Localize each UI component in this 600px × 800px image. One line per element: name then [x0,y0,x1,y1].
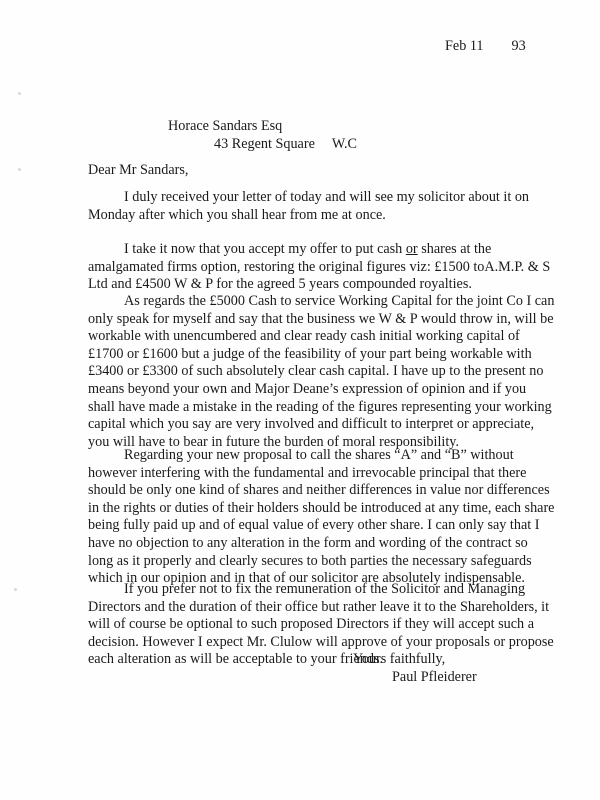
closing: Yours faithfully, [353,651,445,669]
paragraph-2-text: I take it now that you accept my offer t… [124,241,406,257]
date-year: 93 [512,38,526,54]
scan-speck [18,168,21,171]
addressee-name: Horace Sandars Esq [168,118,357,136]
paragraph-5: If you prefer not to fix the remuneratio… [88,581,556,669]
paragraph-2: I take it now that you accept my offer t… [88,241,556,294]
scan-speck [14,588,17,591]
scan-speck [18,92,21,95]
addressee-street: 43 Regent Square [214,136,315,152]
letter-page: Feb 1193 Horace Sandars Esq 43 Regent Sq… [0,0,600,800]
signature: Paul Pfleiderer [392,669,477,687]
letter-date: Feb 1193 [445,38,526,56]
date-day: Feb 11 [445,38,484,54]
addressee-block: Horace Sandars Esq 43 Regent SquareW.C [168,118,357,153]
salutation: Dear Mr Sandars, [88,162,188,180]
paragraph-1: I duly received your letter of today and… [88,189,556,224]
paragraph-3: As regards the £5000 Cash to service Wor… [88,293,556,451]
underlined-or: or [406,241,418,257]
paragraph-4: Regarding your new proposal to call the … [88,447,556,588]
addressee-district: W.C [332,136,357,152]
addressee-address: 43 Regent SquareW.C [214,136,357,154]
